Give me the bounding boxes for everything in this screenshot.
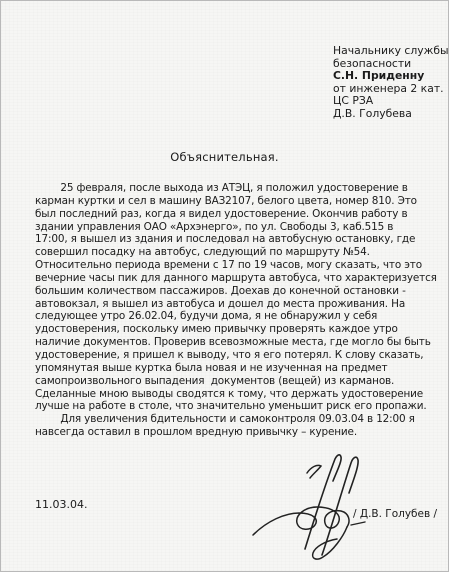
recipient-block: Начальнику службы безопасности С.Н. Прид… xyxy=(333,45,449,121)
recipient-name: С.Н. Приденну xyxy=(333,70,449,83)
scanned-document-page: Начальнику службы безопасности С.Н. Прид… xyxy=(0,0,449,572)
document-date: 11.03.04. xyxy=(35,498,87,511)
recipient-line: Начальнику службы xyxy=(333,45,449,58)
document-body-text: 25 февраля, после выхода из АТЭЦ, я поло… xyxy=(35,182,439,439)
signature-caption: / Д.В. Голубев / xyxy=(353,508,437,520)
sender-name: Д.В. Голубева xyxy=(333,108,449,121)
signature-area: / Д.В. Голубев / xyxy=(247,451,447,566)
document-title: Объяснительная. xyxy=(1,150,448,164)
